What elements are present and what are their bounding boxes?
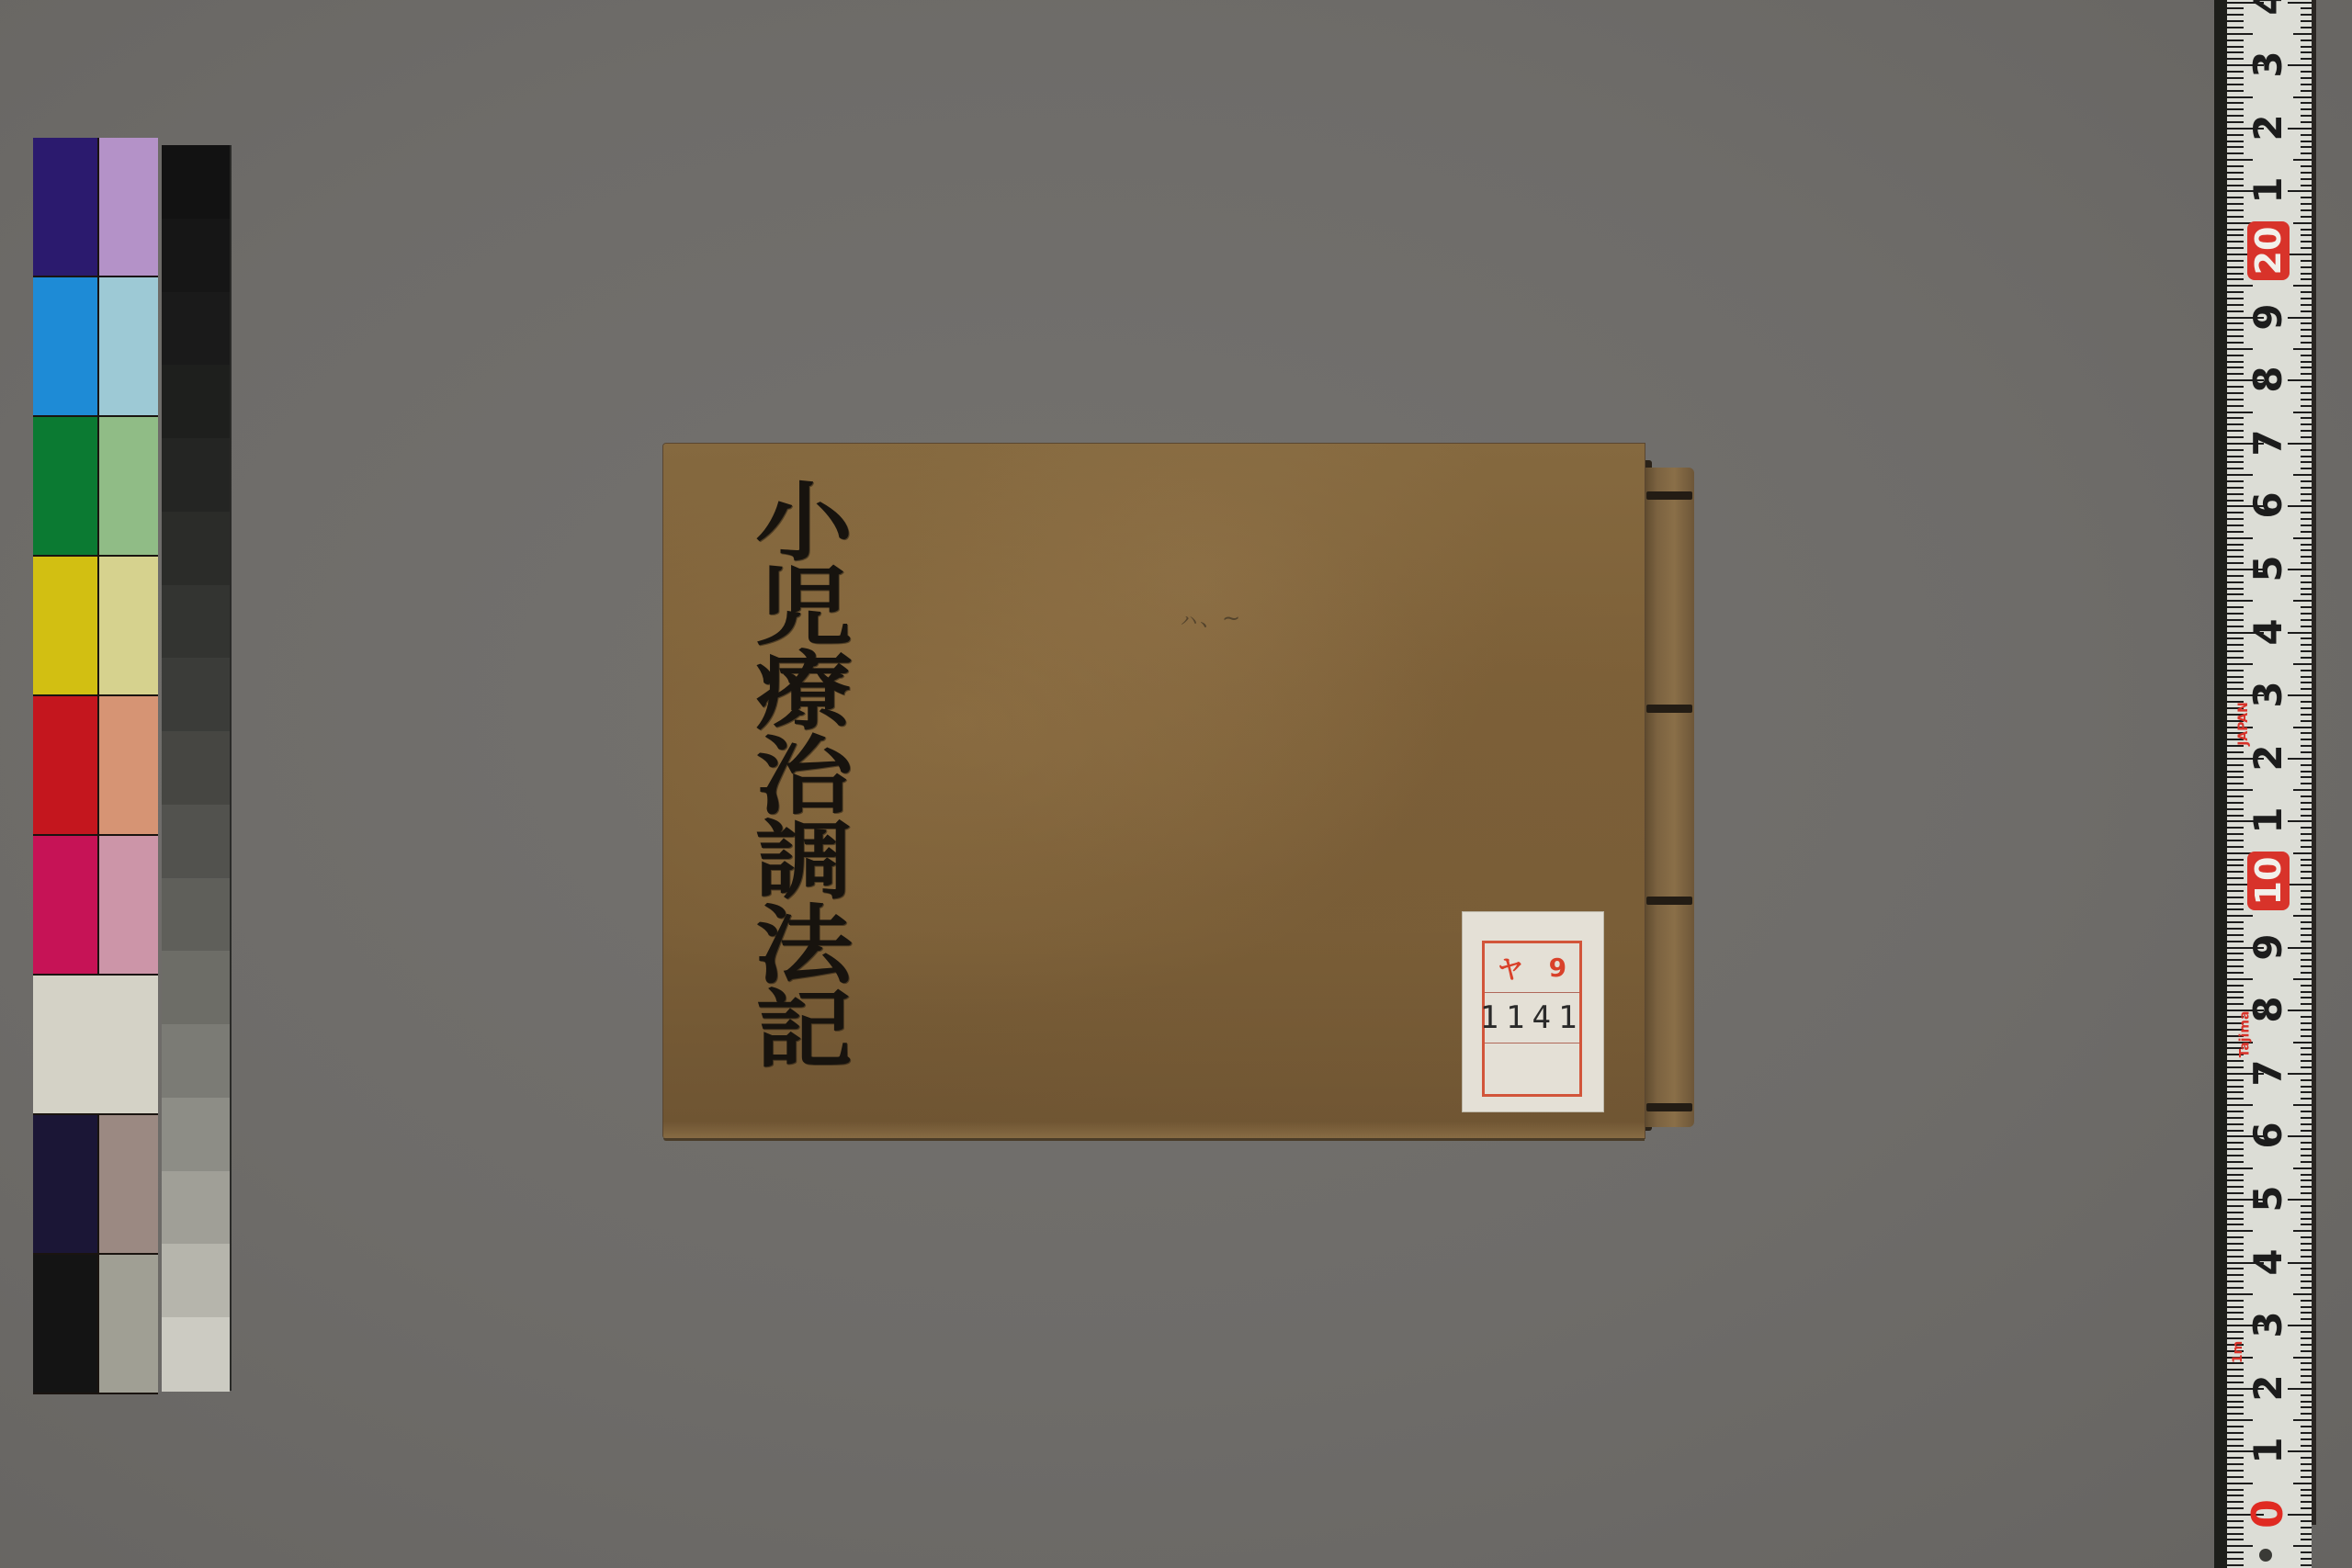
ruler-tick [2227,1413,2244,1415]
ruler-number: 1 [2244,796,2291,844]
ruler-tick [2227,39,2244,41]
ruler-tick [2227,934,2244,936]
ruler-tick [2227,115,2244,117]
color-calibration-chart [33,138,235,1398]
ruler-tick [2227,1243,2244,1245]
ruler-tick [2301,890,2312,892]
ruler-tick [2301,71,2312,73]
ruler-tick [2301,266,2312,268]
ruler-tick [2227,588,2244,590]
ruler-tick [2227,241,2244,243]
ruler-tick [2227,1501,2244,1503]
ruler-number: 10 [2247,852,2290,910]
ruler-tick [2227,1331,2244,1333]
grey-step [162,1171,230,1246]
ruler-tick [2301,152,2312,154]
ruler-tick [2227,802,2244,804]
ruler-tick [2301,1394,2312,1396]
ruler-tick [2301,934,2312,936]
ruler-tick [2301,827,2312,829]
ruler-tick [2227,1236,2244,1238]
ruler-tick [2301,764,2312,766]
ruler-tick [2227,600,2253,602]
ruler-tick [2301,1274,2312,1276]
ruler-tick [2227,978,2253,980]
ruler-tick [2301,531,2312,533]
ruler-tick [2301,178,2312,180]
ruler-tick [2301,1287,2312,1289]
label-frame: ヤ 9 1141 [1482,941,1582,1097]
grey-step [162,512,230,586]
ruler-tick [2227,991,2244,993]
ruler-tick [2227,1130,2244,1132]
ruler-tick [2227,1558,2244,1560]
ruler-tick [2301,392,2312,394]
ruler-number: 2 [2244,1364,2291,1412]
ruler-tick [2227,1274,2244,1276]
ruler-tick [2227,676,2244,678]
library-label: ヤ 9 1141 [1463,912,1603,1111]
ruler-tick [2227,1520,2244,1522]
ruler-tick [2227,146,2244,148]
ruler-tick [2301,864,2312,866]
color-patch [33,1255,99,1394]
ruler-tick [2227,1457,2244,1459]
ruler-tick [2227,436,2244,438]
ruler-tick [2293,537,2312,539]
ruler-tick [2227,33,2253,35]
ruler-tick [2301,941,2312,942]
ruler-tick [2227,500,2244,502]
ruler-tick [2301,39,2312,41]
ruler-tick [2227,1003,2244,1005]
ruler-tick [2227,688,2244,690]
ruler-tick [2301,229,2312,231]
ruler-tick [2227,165,2244,167]
ruler-tick [2301,1186,2312,1188]
ruler-tick [2227,373,2244,375]
ruler-tick [2227,1142,2244,1144]
ruler-tick [2301,1362,2312,1364]
color-patch [99,696,158,836]
ruler-tick [2293,1168,2312,1169]
ruler-tick [2301,953,2312,954]
ruler-tick [2227,1394,2244,1396]
ruler-tick [2227,1545,2253,1547]
ruler-tick [2227,670,2244,671]
ruler-tick [2227,518,2244,520]
ruler-tick [2301,1174,2312,1176]
ruler-tick [2301,1179,2312,1181]
ruler-tick [2227,152,2244,154]
ruler-tick [2227,921,2244,923]
label-class-number: 9 [1549,953,1566,983]
color-patch [33,277,99,417]
ruler-tick [2301,115,2312,117]
ruler-tick [2301,247,2312,249]
grey-step [162,438,230,513]
ruler-tick [2301,908,2312,910]
ruler-tick [2301,1406,2312,1408]
ruler-tick [2301,487,2312,489]
ruler-tick [2301,1558,2312,1560]
color-patch-white [33,976,158,1115]
ruler-tick [2301,90,2312,92]
ruler-tick [2301,1060,2312,1062]
ruler-tick [2227,474,2253,476]
ruler-tick [2227,1375,2244,1377]
ruler-tick [2227,361,2244,363]
ruler-tick [2227,102,2244,104]
ruler-tick [2227,941,2244,942]
ruler-tick [2227,487,2244,489]
ruler-tick [2227,985,2244,987]
ruler-tick [2301,480,2312,482]
ruler-tick [2227,1306,2244,1308]
ruler-tick [2293,1293,2312,1295]
ruler-tick [2301,1489,2312,1491]
ruler-tick [2227,1293,2253,1295]
ruler-tick [2301,1111,2312,1112]
ruler-tick [2227,833,2244,835]
ruler-tick [2227,185,2244,186]
ruler-tick [2301,1401,2312,1403]
ruler-number: 5 [2244,545,2291,592]
ruler-tick [2227,890,2244,892]
ruler-tick [2227,1463,2244,1465]
ruler-tick [2301,185,2312,186]
ruler-tick [2301,1413,2312,1415]
title-character: 小 [755,486,853,560]
ruler-tick [2227,537,2253,539]
ruler-tick [2293,1545,2312,1547]
ruler-tick [2301,871,2312,873]
ruler-tick [2301,1470,2312,1472]
ruler-tick [2227,367,2244,368]
ruler-tick [2227,247,2244,249]
ruler-tick [2227,1179,2244,1181]
ruler-tick [2301,493,2312,495]
ruler-tick [2227,134,2244,136]
grey-step [162,1098,230,1172]
ruler-tick [2293,1230,2312,1232]
ruler-tick [2301,1148,2312,1150]
ruler-tick [2227,1445,2244,1447]
ruler-tick [2301,20,2312,22]
ruler-tick [2227,1091,2244,1093]
ruler-tick [2301,1551,2312,1553]
ruler-tick [2293,1357,2312,1359]
ruler-tick [2301,342,2312,344]
ruler-tick [2227,897,2244,898]
ruler-tick [2301,1079,2312,1081]
ruler-tick [2227,342,2244,344]
ruler-tick [2301,1533,2312,1535]
ruler-tick [2301,84,2312,85]
ruler-tick [2301,1022,2312,1024]
ruler-tick [2227,335,2244,337]
ruler-tick [2301,732,2312,734]
ruler-tick [2301,1463,2312,1465]
ruler-tick [2293,789,2312,791]
ruler-tick [2227,456,2244,457]
label-number: 1141 [1480,999,1585,1036]
ruler-tick [2301,1054,2312,1055]
ruler-tick [2227,1483,2253,1484]
ruler-tick [2227,1111,2244,1112]
ruler-tick [2227,399,2244,400]
ruler-tick [2227,644,2244,646]
ruler-tick [2227,178,2244,180]
ruler-tick [2227,1489,2244,1491]
ruler-tick [2227,1205,2244,1207]
ruler-number: 9 [2244,293,2291,341]
ruler-tick [2301,619,2312,621]
ruler-tick [2301,197,2312,198]
ruler-tick [2227,1155,2244,1156]
ruler-unit-mark: 1m [2231,1341,2245,1363]
ruler-tick [2301,593,2312,595]
ruler-tick [2227,273,2244,275]
ruler-tick [2301,1066,2312,1068]
ruler-tick [2301,670,2312,671]
ruler-tick [2293,600,2312,602]
ruler-right-edge [2312,0,2316,1525]
color-patch [33,836,99,976]
title-character: 療 [755,655,853,729]
ruler-tick [2227,626,2244,627]
ruler-tick [2301,310,2312,312]
ruler-tick [2293,348,2312,350]
ruler-tick [2301,859,2312,861]
ruler-tick [2227,789,2253,791]
ruler-tick [2293,96,2312,98]
ruler-tick [2227,266,2244,268]
ruler-tick [2301,581,2312,583]
ruler-tick [2293,222,2312,224]
ruler-tick [2227,562,2244,564]
measuring-tape: 012345678910123456789201234 Tajima JAPAN… [2214,0,2315,1568]
ruler-tick [2301,997,2312,998]
ruler-number: 0 [2244,1490,2291,1538]
ruler-tick [2227,1539,2244,1540]
color-patch [33,696,99,836]
grey-step [162,658,230,732]
ruler-tick [2301,1369,2312,1371]
ruler-tick [2301,1192,2312,1194]
ruler-tick [2301,1495,2312,1496]
ruler-tick [2301,1312,2312,1314]
ruler-tick [2227,423,2244,425]
ruler-tick [2301,14,2312,16]
ruler-tick [2227,348,2253,350]
ruler-tick [2227,278,2244,280]
ruler-tick [2227,1086,2244,1088]
ruler-tick [2293,852,2312,854]
grey-step [162,1317,230,1392]
ruler-tick [2301,897,2312,898]
ruler-tick [2227,1406,2244,1408]
ruler-tick [2301,783,2312,784]
ruler-tick [2227,877,2244,879]
grey-step [162,951,230,1025]
ruler-tick [2288,884,2312,886]
ruler-tick [2301,1236,2312,1238]
ruler-tick [2227,827,2244,829]
ruler-tick [2301,1256,2312,1258]
ruler-tick [2227,298,2244,299]
ruler-tick [2227,304,2244,306]
ruler-tick [2227,449,2244,451]
ruler-tick [2227,84,2244,85]
ruler-tick [2301,802,2312,804]
ruler-tick [2227,71,2244,73]
ruler-tick [2301,1268,2312,1269]
ruler-tick [2301,399,2312,400]
ruler-tick [2227,1369,2244,1371]
ruler-tick [2301,1047,2312,1049]
ruler-tick [2227,795,2244,797]
ruler-tick [2227,1174,2244,1176]
ruler-tick [2301,1016,2312,1018]
ruler-tick [2293,663,2312,665]
title-character: 治 [755,739,853,814]
ruler-tick [2301,518,2312,520]
ruler-tick [2227,650,2244,652]
ruler-tick [2301,833,2312,835]
color-patch [33,138,99,277]
ruler-tick [2227,613,2244,615]
ruler-number: 5 [2244,1175,2291,1223]
ruler-tick [2301,877,2312,879]
ruler-tick [2227,1426,2244,1427]
ruler-tick [2301,1280,2312,1282]
ruler-tick [2227,1268,2244,1269]
ruler-number: 2 [2244,734,2291,782]
ruler-tick [2227,1438,2244,1440]
ruler-tick [2293,1419,2312,1421]
label-call-number: 1141 [1485,992,1579,1043]
ruler-tick [2301,298,2312,299]
color-patch [99,277,158,417]
ruler-tick [2301,241,2312,243]
ruler-tick [2301,795,2312,797]
ruler-tick [2301,1035,2312,1037]
ruler-tick [2293,1042,2312,1043]
grey-scale-strip [162,145,230,1391]
ruler-tick [2301,134,2312,136]
ruler-tick [2301,682,2312,683]
ruler-tick [2227,1066,2244,1068]
ruler-tick [2301,1507,2312,1509]
color-patch [33,417,99,557]
ruler-tick [2227,1287,2244,1289]
ruler-tick [2301,701,2312,703]
ruler-tick [2301,549,2312,551]
ruler-tick [2301,965,2312,967]
ruler-tick [2227,209,2244,211]
ruler-tick [2301,1318,2312,1320]
ruler-tick [2227,1117,2244,1119]
ruler-tick [2301,456,2312,457]
grey-step [162,1244,230,1318]
ruler-tick [2227,1060,2244,1062]
ruler-tick [2227,1337,2244,1339]
ruler-tick [2227,1318,2244,1320]
ruler-number: 9 [2244,923,2291,971]
ruler-tick [2227,1382,2244,1383]
ruler-tick [2301,544,2312,546]
ruler-tick [2227,1224,2244,1225]
ruler-tick [2301,846,2312,848]
ruler-tick [2227,203,2244,205]
ruler-tick [2301,903,2312,905]
ruler-tick [2227,58,2244,60]
ruler-tick [2227,965,2244,967]
ruler-tick [2227,386,2244,388]
ruler-tick [2301,562,2312,564]
ruler-tick [2301,1382,2312,1383]
color-patch [99,557,158,696]
ruler-tick [2227,531,2244,533]
ruler-tick [2227,771,2244,773]
ruler-tick [2227,1218,2244,1220]
ruler-tick [2301,209,2312,211]
book-title: 小児療治調法記 [735,480,873,1072]
ruler-tick [2301,1331,2312,1333]
ruler-tick [2227,1098,2244,1100]
ruler-tick [2227,1507,2244,1509]
ruler-tick [2301,1457,2312,1459]
ruler-tick [2301,373,2312,375]
label-classification: ヤ 9 [1485,943,1579,993]
ruler-tick [2293,33,2312,35]
ruler-tick [2301,77,2312,79]
ruler-tick [2301,626,2312,627]
ruler-tick [2227,776,2244,778]
ruler-tick [2301,322,2312,324]
ruler-tick [2301,51,2312,53]
ruler-tick [2301,304,2312,306]
ruler-tick [2301,27,2312,28]
ruler-tick [2301,461,2312,463]
ruler-tick [2227,512,2244,513]
ruler-tick [2301,1527,2312,1529]
ruler-tick [2227,1300,2244,1302]
ruler-tick [2301,203,2312,205]
ruler-tick [2301,102,2312,104]
ruler-tick [2227,1564,2244,1566]
ruler-tick [2301,556,2312,558]
grey-step [162,731,230,806]
ruler-tick [2301,1003,2312,1005]
ruler-tick [2301,335,2312,337]
ruler-tick [2301,808,2312,810]
ruler-tick [2301,637,2312,639]
ruler-tick [2301,108,2312,110]
ruler-tick [2301,1243,2312,1245]
ruler-tick [2227,159,2253,161]
ruler-number: 3 [2244,671,2291,718]
book: 小児療治調法記 ㇵ、~ ヤ 9 1141 [663,444,1692,1142]
ruler-tick [2227,783,2244,784]
ruler-number: 7 [2244,419,2291,467]
ruler-tick [2293,159,2312,161]
ruler-tick [2227,1192,2244,1194]
ruler-number: 6 [2244,1111,2291,1159]
color-patch [33,557,99,696]
ruler-tick [2227,953,2244,954]
